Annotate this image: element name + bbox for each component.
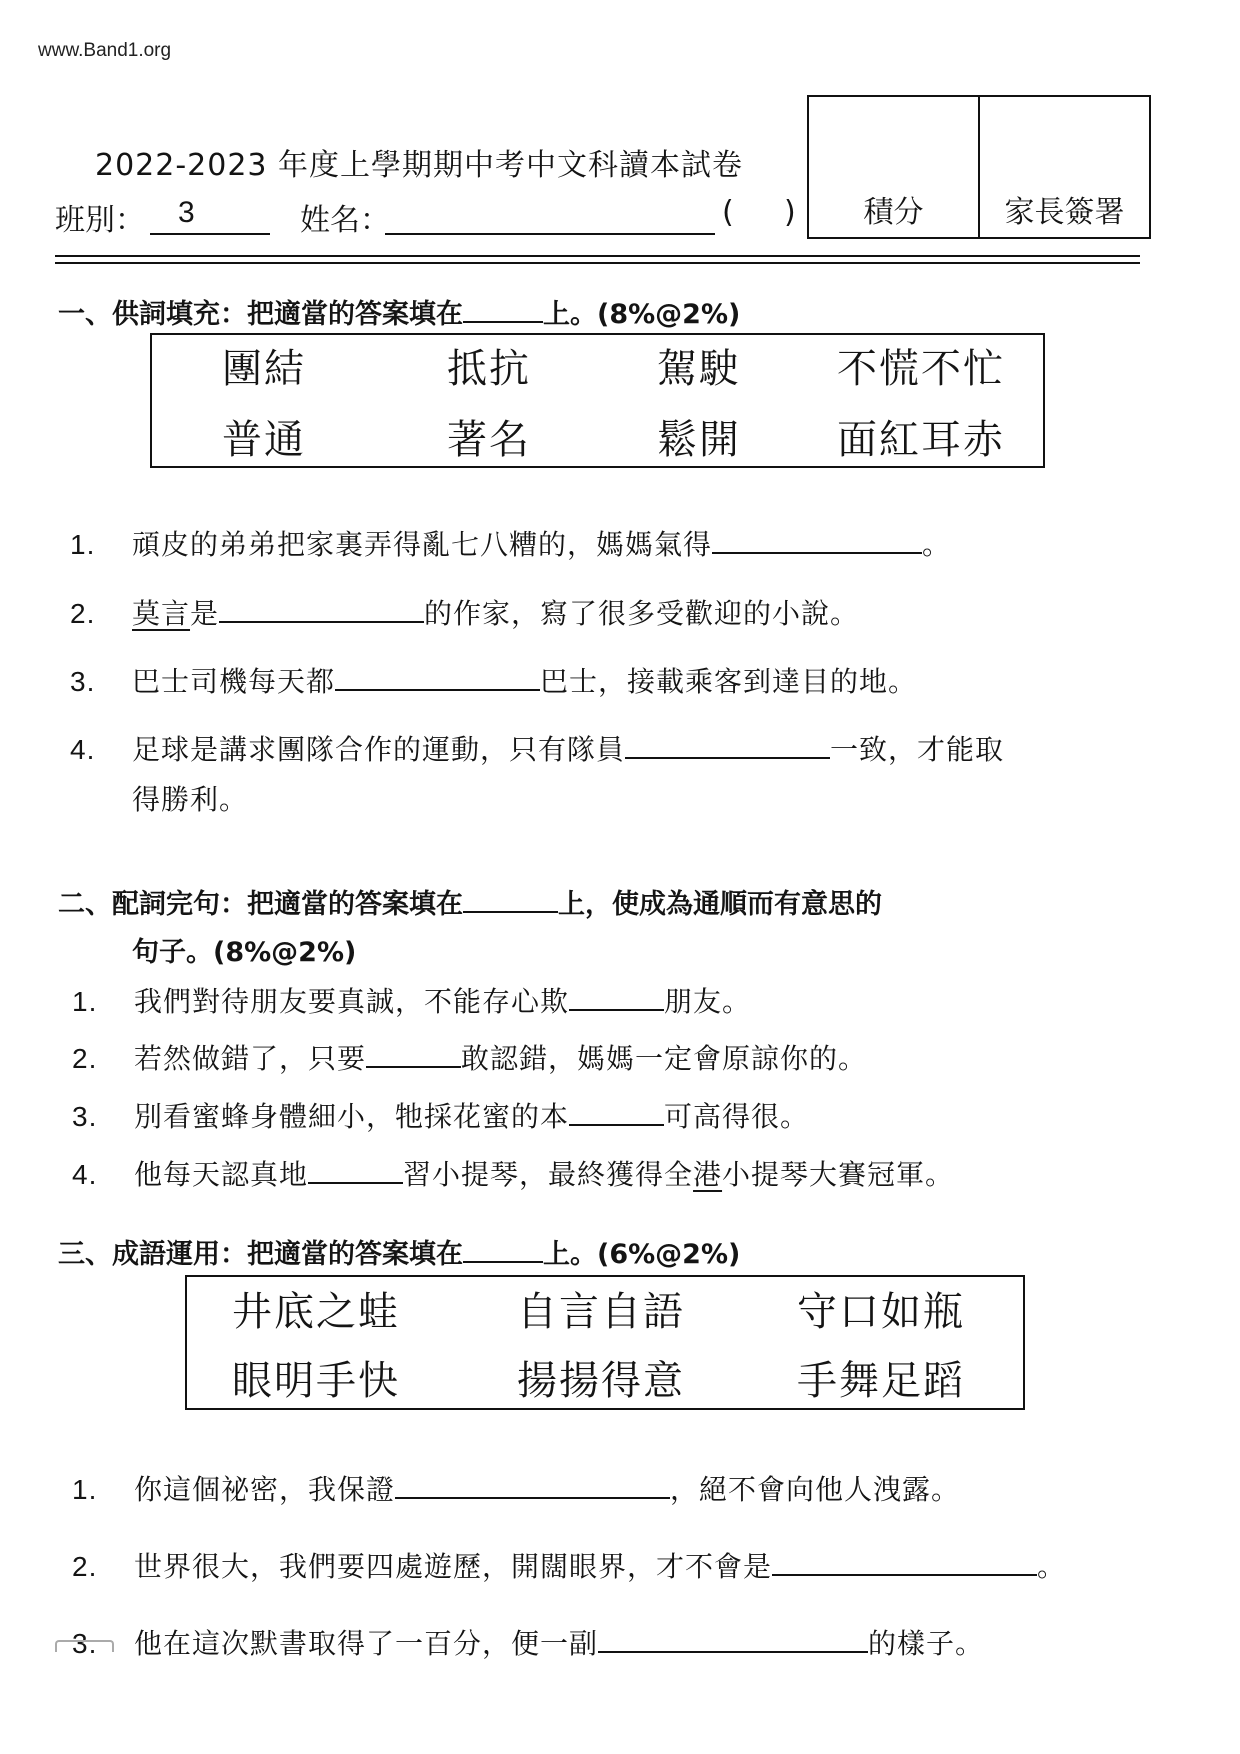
s1-question-3: 3.巴士司機每天都巴士，接載乘客到達目的地。 xyxy=(70,660,917,700)
word-option: 團結 xyxy=(222,337,447,394)
idiom-option: 守口如瓶 xyxy=(797,1280,1037,1337)
parent-sign-cell[interactable]: 家長簽署 xyxy=(978,97,1149,237)
name-label: 姓名： xyxy=(300,195,390,239)
answer-blank[interactable] xyxy=(569,1096,664,1126)
word-option: 面紅耳赤 xyxy=(837,408,1077,465)
s1-question-1: 1.頑皮的弟弟把家裏弄得亂七八糟的，媽媽氣得。 xyxy=(70,523,951,563)
s3-question-3: 3.他在這次默書取得了一百分，便一副的樣子。 xyxy=(72,1622,984,1662)
s2-question-4: 4.他每天認真地習小提琴，最終獲得全港小提琴大賽冠軍。 xyxy=(72,1153,954,1193)
s2-question-2: 2.若然做錯了，只要敢認錯，媽媽一定會原諒你的。 xyxy=(72,1037,867,1077)
parent-sign-label: 家長簽署 xyxy=(1005,187,1125,231)
score-box: 積分 家長簽署 xyxy=(807,95,1151,239)
answer-blank[interactable] xyxy=(598,1623,868,1653)
blank-line xyxy=(463,1233,543,1263)
paren-close: ) xyxy=(784,195,796,230)
class-field[interactable]: 3 xyxy=(150,195,270,235)
scan-artifact xyxy=(55,1640,114,1652)
paren-open: ( xyxy=(722,195,734,230)
section1-heading: 一、供詞填充：把適當的答案填在上。(8%@2%) xyxy=(58,292,740,331)
word-option: 鬆開 xyxy=(657,408,837,465)
section1-word-box: 團結 抵抗 駕駛 不慌不忙 普通 著名 鬆開 面紅耳赤 xyxy=(150,333,1045,468)
answer-blank[interactable] xyxy=(772,1546,1037,1576)
s3-question-1: 1.你這個祕密，我保證，絕不會向他人洩露。 xyxy=(72,1468,960,1508)
s2-question-1: 1.我們對待朋友要真誠，不能存心欺朋友。 xyxy=(72,980,751,1020)
answer-blank[interactable] xyxy=(219,593,424,623)
answer-blank[interactable] xyxy=(366,1038,461,1068)
section3-heading: 三、成語運用：把適當的答案填在上。(6%@2%) xyxy=(58,1232,740,1271)
blank-line xyxy=(463,883,558,913)
idiom-option: 自言自語 xyxy=(517,1280,797,1337)
word-option: 駕駛 xyxy=(657,337,837,394)
s1-question-4-cont: 得勝利。 xyxy=(132,778,248,818)
s1-question-4: 4.足球是講求團隊合作的運動，只有隊員一致，才能取 xyxy=(70,728,1004,768)
answer-blank[interactable] xyxy=(308,1154,403,1184)
idiom-option: 揚揚得意 xyxy=(517,1349,797,1406)
class-value: 3 xyxy=(178,196,195,229)
answer-blank[interactable] xyxy=(569,981,664,1011)
score-cell[interactable]: 積分 xyxy=(809,97,978,237)
watermark: www.Band1.org xyxy=(38,40,171,62)
s1-question-2: 2.莫言是的作家，寫了很多受歡迎的小說。 xyxy=(70,592,859,632)
idiom-option: 眼明手快 xyxy=(232,1349,517,1406)
answer-blank[interactable] xyxy=(712,524,922,554)
s3-question-2: 2.世界很大，我們要四處遊歷，開闊眼界，才不會是。 xyxy=(72,1545,1066,1585)
answer-blank[interactable] xyxy=(625,729,830,759)
proper-noun: 港 xyxy=(693,1158,722,1191)
word-option: 抵抗 xyxy=(447,337,657,394)
class-label: 班別： xyxy=(55,195,145,239)
s2-question-3: 3.別看蜜蜂身體細小，牠採花蜜的本可高得很。 xyxy=(72,1095,809,1135)
idiom-option: 手舞足蹈 xyxy=(797,1349,1037,1406)
answer-blank[interactable] xyxy=(335,661,540,691)
name-field[interactable] xyxy=(385,195,715,235)
proper-noun: 莫言 xyxy=(132,597,190,630)
exam-title: 2022-2023 年度上學期期中考中文科讀本試卷 xyxy=(95,140,743,184)
score-label: 積分 xyxy=(864,187,924,231)
word-option: 普通 xyxy=(222,408,447,465)
section2-heading: 二、配詞完句：把適當的答案填在上，使成為通順而有意思的 xyxy=(58,882,882,921)
word-option: 著名 xyxy=(447,408,657,465)
section2-heading-line2: 句子。(8%@2%) xyxy=(132,930,356,969)
section3-idiom-box: 井底之蛙 自言自語 守口如瓶 眼明手快 揚揚得意 手舞足蹈 xyxy=(185,1275,1025,1410)
answer-blank[interactable] xyxy=(395,1469,670,1499)
double-divider xyxy=(55,255,1140,264)
idiom-option: 井底之蛙 xyxy=(232,1280,517,1337)
blank-line xyxy=(463,293,543,323)
word-option: 不慌不忙 xyxy=(837,337,1077,394)
